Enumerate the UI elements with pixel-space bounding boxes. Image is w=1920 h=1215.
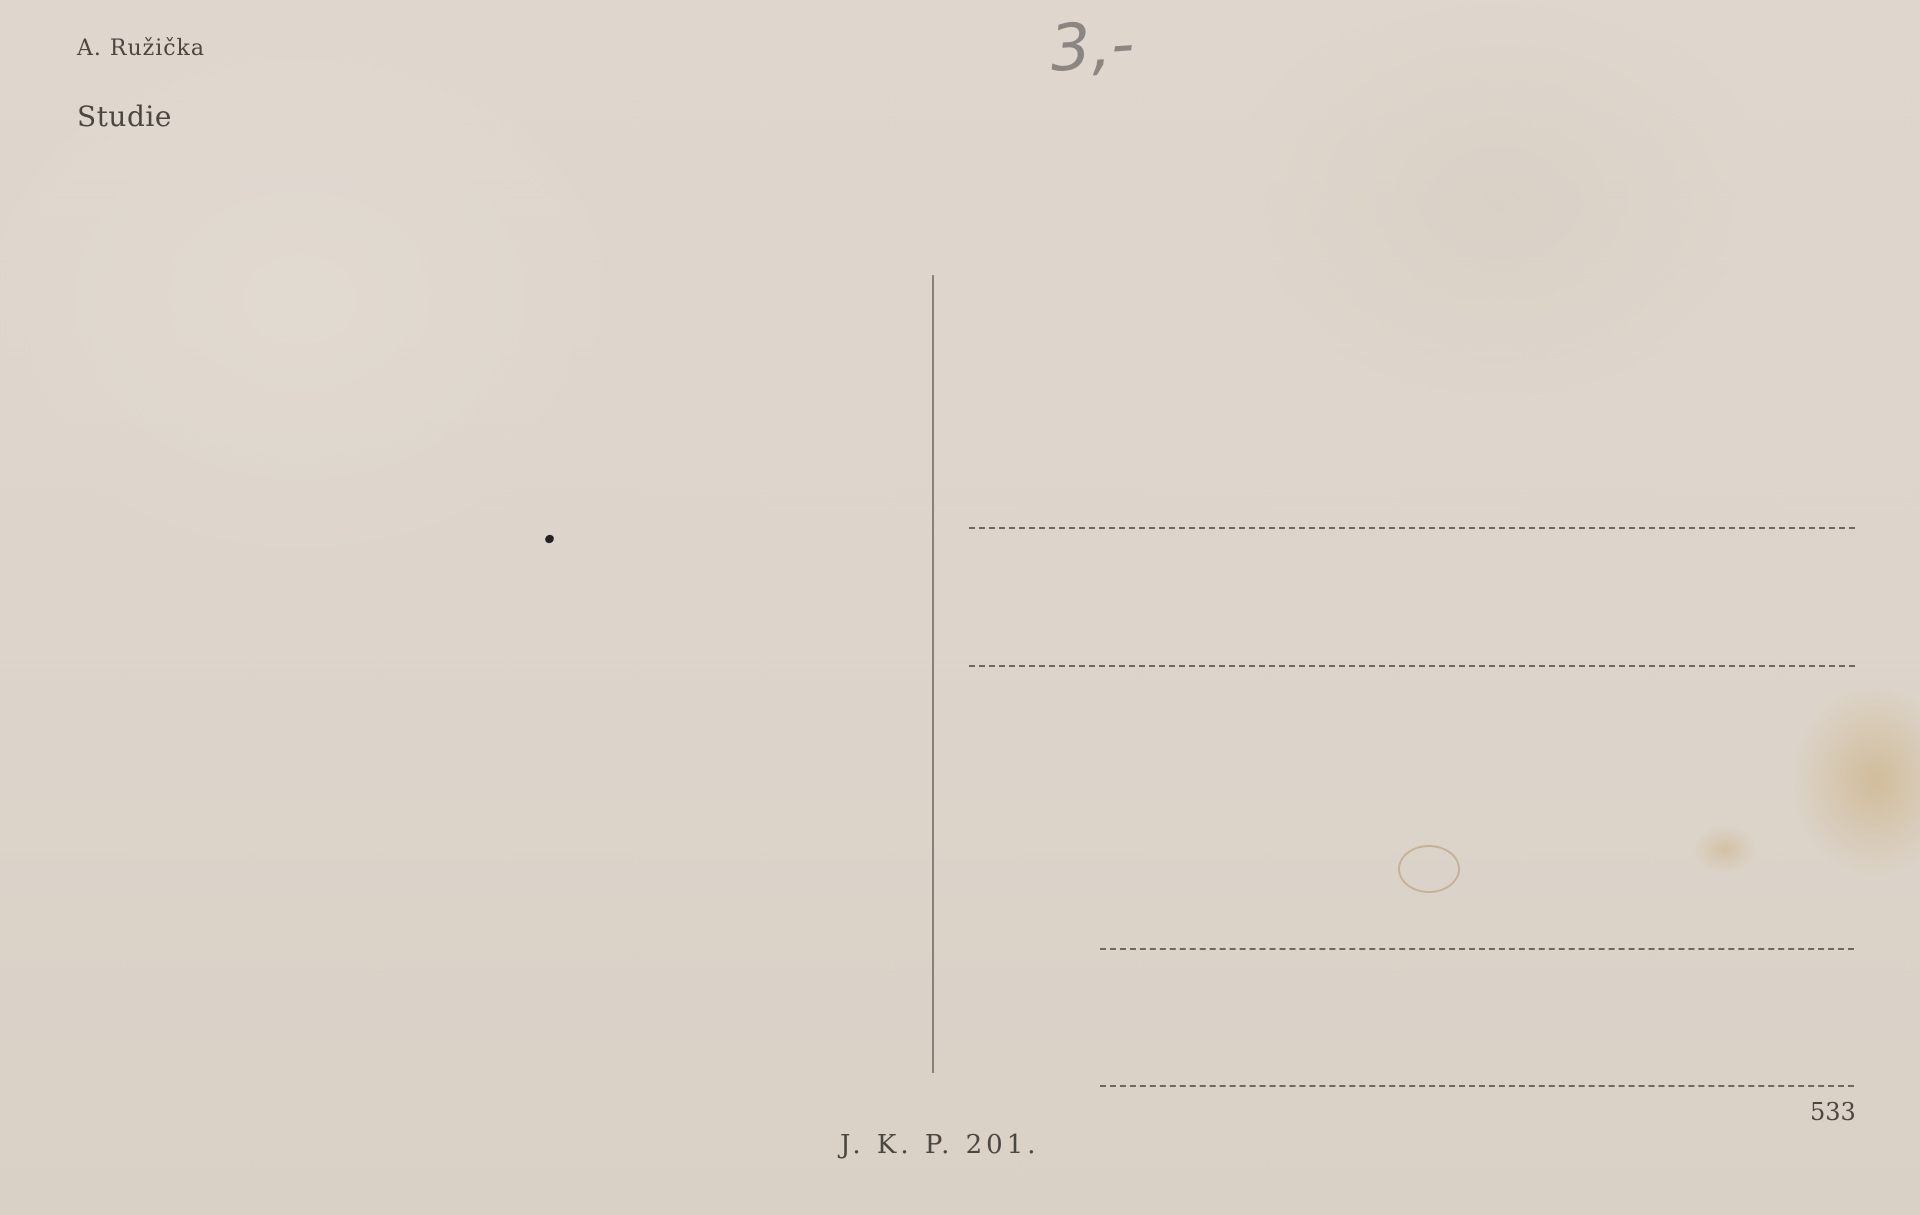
message-address-divider xyxy=(932,275,934,1073)
postcard-back: A. Ružička Studie 3,- J. K. P. 201. 533 xyxy=(0,0,1920,1215)
handwritten-price: 3,- xyxy=(1048,7,1137,87)
catalog-number: 533 xyxy=(1810,1098,1856,1126)
address-line-2 xyxy=(969,665,1855,667)
artist-name: A. Ružička xyxy=(77,36,205,61)
ink-spot xyxy=(544,533,556,544)
address-line-4 xyxy=(1100,1085,1854,1087)
stain-ring xyxy=(1398,845,1460,893)
publisher-code: J. K. P. 201. xyxy=(840,1130,1040,1160)
address-line-1 xyxy=(969,527,1855,529)
artwork-title: Studie xyxy=(77,100,172,133)
address-line-3 xyxy=(1100,948,1854,950)
